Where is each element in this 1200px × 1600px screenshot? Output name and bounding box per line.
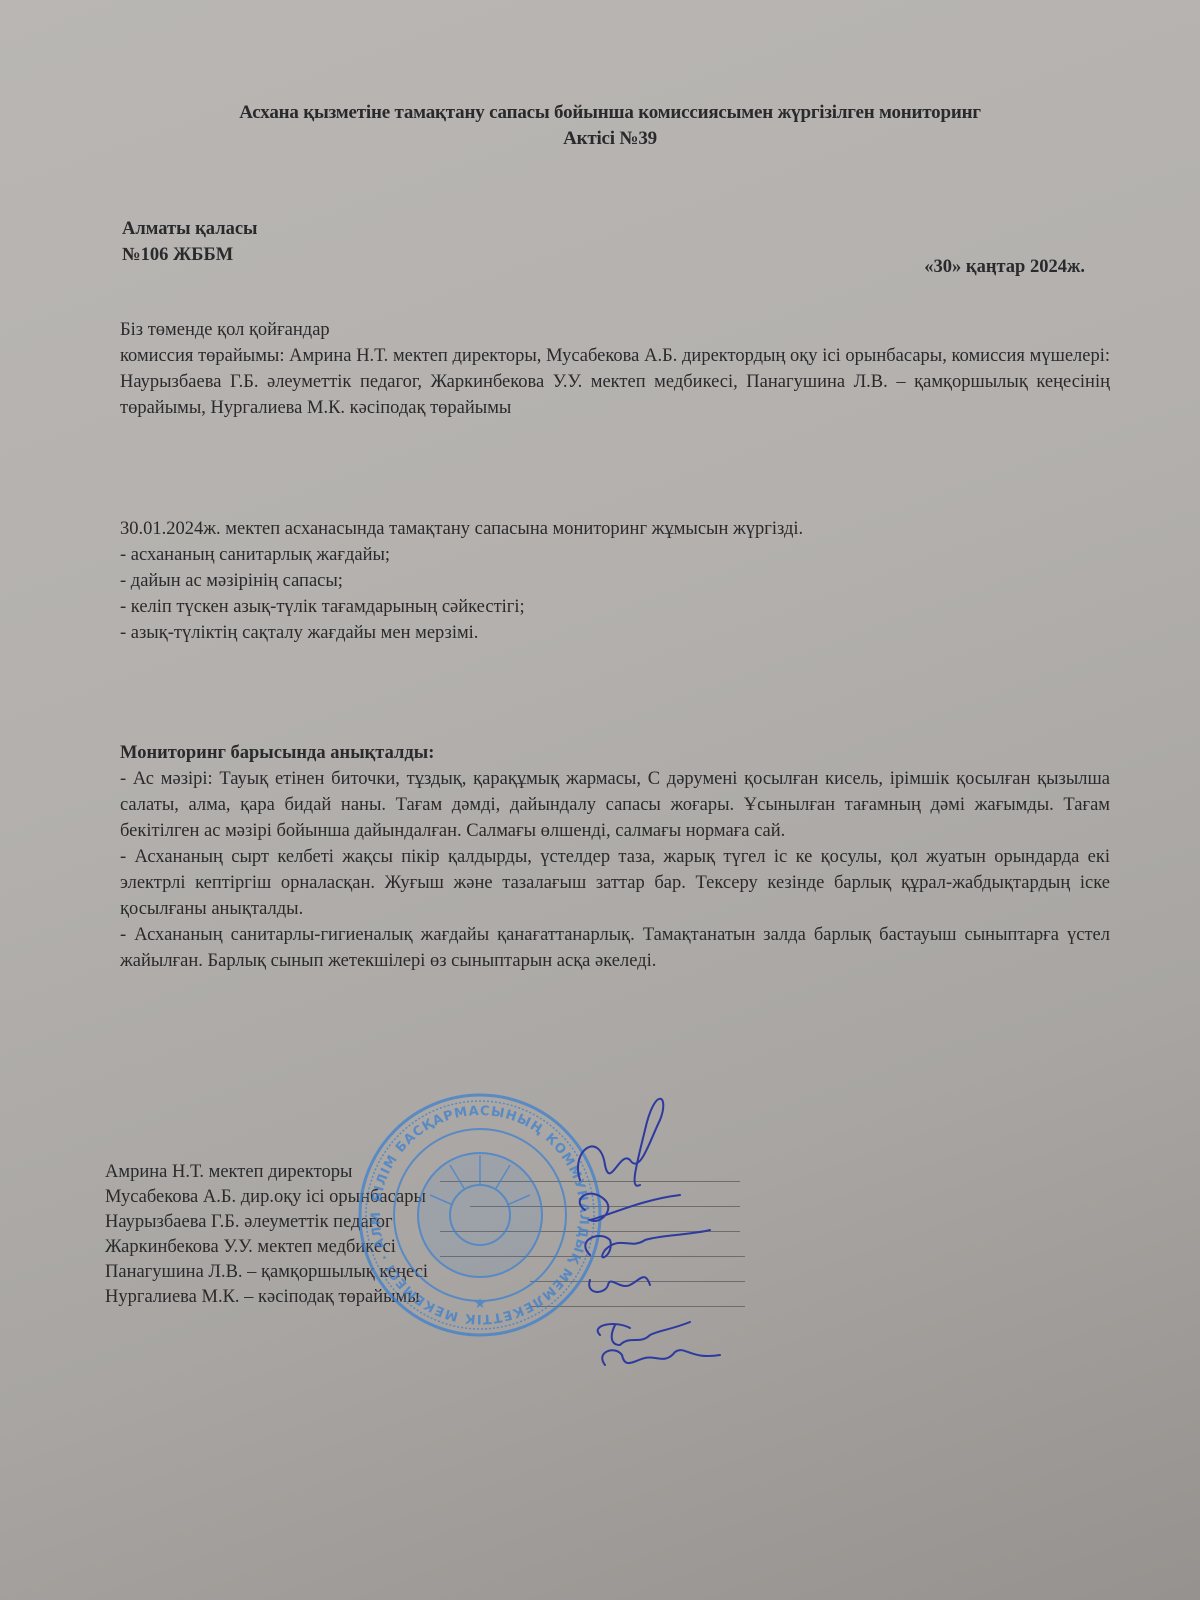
title-line-1: Асхана қызметіне тамақтану сапасы бойынш… <box>100 100 1120 126</box>
work-item: - келіп түскен азық-түлік тағамдарының с… <box>120 594 1110 620</box>
document-meta: Алматы қаласы №106 ЖББМ <box>122 216 258 268</box>
work-item: - дайын ас мәзірінің сапасы; <box>120 568 1110 594</box>
work-item: - азық-түліктің сақталу жағдайы мен мерз… <box>120 620 1110 646</box>
finding-item: - Асхананың сырт келбеті жақсы пікір қал… <box>120 844 1110 922</box>
intro-line: Біз төменде қол қойғандар <box>120 317 1110 343</box>
work-section: 30.01.2024ж. мектеп асханасында тамақтан… <box>120 516 1110 646</box>
document-page: Асхана қызметіне тамақтану сапасы бойынш… <box>0 0 1200 1600</box>
finding-item: - Асхананың санитарлы-гигиеналық жағдайы… <box>120 922 1110 974</box>
findings-header: Мониторинг барысында анықталды: <box>120 740 1110 766</box>
signatory: Наурызбаева Г.Б. әлеуметтік педагог <box>105 1212 393 1232</box>
finding-item: - Ас мәзірі: Тауық етінен биточки, тұзды… <box>120 766 1110 844</box>
intro-section: Біз төменде қол қойғандар комиссия төрай… <box>120 317 1110 421</box>
document-date: «30» қаңтар 2024ж. <box>924 257 1085 278</box>
title-line-2: Актісі №39 <box>100 126 1120 152</box>
signatory: Амрина Н.Т. мектеп директоры <box>105 1162 352 1182</box>
work-item: - асхананың санитарлық жағдайы; <box>120 542 1110 568</box>
svg-text:★: ★ <box>474 1297 487 1312</box>
handwritten-signatures-icon <box>560 1090 760 1380</box>
findings-section: Мониторинг барысында анықталды: - Ас мәз… <box>120 740 1110 974</box>
commission-members: комиссия төрайымы: Амрина Н.Т. мектеп ди… <box>120 343 1110 421</box>
work-intro: 30.01.2024ж. мектеп асханасында тамақтан… <box>120 516 1110 542</box>
city: Алматы қаласы <box>122 216 258 242</box>
document-title: Асхана қызметіне тамақтану сапасы бойынш… <box>100 100 1120 152</box>
signatory: Жаркинбекова У.У. мектеп медбикесі <box>105 1237 396 1257</box>
school: №106 ЖББМ <box>122 242 258 268</box>
